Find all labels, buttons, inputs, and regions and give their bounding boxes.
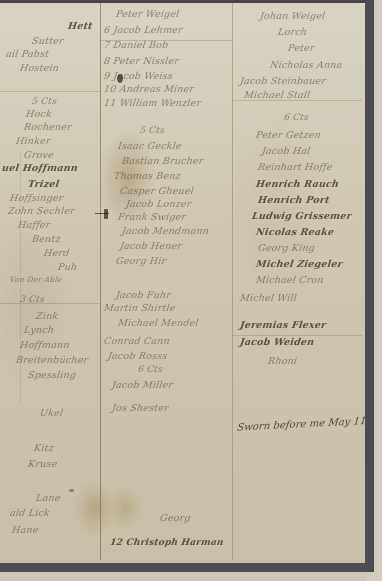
name-line: Breitenbücher — [15, 355, 89, 366]
name-line: Frank Swiger — [117, 212, 187, 223]
name-line: Jacob Hener — [119, 241, 183, 252]
name-line: Reinhart Hoffe — [257, 162, 333, 173]
name-line: Hett — [67, 21, 93, 32]
name-line: Michael Cron — [255, 275, 324, 286]
ink-blot — [69, 489, 74, 492]
name-line: Jacob Weiden — [239, 337, 315, 348]
name-line: 8 Peter Nissler — [103, 56, 180, 67]
name-line: Jacob Steinbauer — [239, 76, 326, 87]
column-rule-1 — [100, 3, 101, 560]
name-line: Bentz — [31, 234, 61, 245]
name-line: Georg Hir — [115, 256, 167, 267]
name-line: Ludwig Grissemer — [251, 211, 352, 222]
name-line: Nicolas Reake — [255, 227, 335, 238]
section-heading: 6 Cts — [137, 365, 163, 375]
name-line: Peter Weigel — [115, 9, 180, 20]
name-line: Haffer — [17, 220, 51, 231]
frame-right-edge — [365, 0, 374, 572]
name-line: Henrich Port — [257, 195, 330, 206]
name-line: Spessling — [27, 370, 77, 381]
name-line: Jacob Fuhr — [115, 290, 172, 301]
name-line: Jeremias Flexer — [239, 320, 327, 331]
name-line: Henrich Rauch — [255, 179, 340, 190]
name-line: Hinker — [15, 136, 51, 147]
name-line: Trizel — [27, 179, 60, 190]
name-line: Hoffmann — [19, 340, 70, 351]
name-line: 10 Andreas Miner — [103, 84, 195, 95]
name-line: Johan Weigel — [259, 11, 326, 22]
name-line: Peter Getzen — [255, 130, 321, 141]
name-line: Thomas Benz — [113, 171, 181, 182]
section-heading: 3 Cts — [19, 295, 45, 305]
name-line: Grove — [23, 150, 54, 161]
name-line: Ukel — [39, 408, 64, 419]
name-line: 12 Christoph Harman — [109, 538, 224, 548]
name-line: Michel Will — [239, 293, 297, 304]
name-line: Conrad Cann — [103, 336, 170, 347]
name-line: uel Hoffmann — [2, 163, 79, 174]
name-line: Hoffsinger — [9, 193, 64, 204]
section-heading: Van Der Able — [9, 275, 63, 284]
name-line: 11 William Wenzler — [103, 98, 202, 109]
name-line: Isaac Geckle — [117, 141, 182, 152]
ink-blot — [95, 213, 109, 214]
name-line: Bastian Brucher — [121, 156, 204, 167]
section-heading: 5 Cts — [31, 97, 57, 107]
name-line: Rhoni — [267, 356, 298, 367]
name-line: 9 Jacob Weiss — [103, 71, 173, 82]
name-line: Kruse — [27, 459, 58, 470]
name-line: Rochener — [23, 122, 72, 133]
section-heading: 5 Cts — [139, 126, 165, 136]
name-line: Georg — [159, 513, 191, 524]
name-line: Puh — [57, 262, 78, 273]
name-line: 7 Daniel Bob — [103, 40, 169, 51]
name-line: Nicholas Anna — [269, 60, 343, 71]
name-line: Lynch — [23, 325, 55, 336]
ink-blot — [104, 209, 108, 219]
names-column-left: Hett Sutter ail Pabst Hostein 5 Cts Hock… — [2, 3, 100, 560]
section-heading: 6 Cts — [283, 113, 309, 123]
name-line: Zink — [35, 311, 59, 322]
frame-bottom-edge — [0, 563, 374, 572]
name-line: Michel Ziegeler — [255, 259, 343, 270]
name-line: Casper Gheuel — [119, 186, 194, 197]
name-line: Hostein — [19, 63, 59, 74]
name-line: Jacob Lonzer — [125, 199, 192, 210]
name-line: Hane — [11, 525, 39, 536]
document-paper: Hett Sutter ail Pabst Hostein 5 Cts Hock… — [0, 3, 365, 563]
name-line: ail Pabst — [5, 49, 50, 60]
name-line: Martin Shirtle — [103, 303, 176, 314]
column-rule-2 — [232, 3, 233, 560]
name-line: Lorch — [277, 27, 308, 38]
name-line: 6 Jacob Lehmer — [103, 25, 183, 36]
name-line: ald Lick — [9, 508, 50, 519]
name-line: Hock — [25, 109, 52, 120]
name-line: Zohn Sechler — [7, 206, 75, 217]
name-line: Sutter — [31, 36, 64, 47]
name-line: Jos Shester — [111, 403, 169, 414]
name-line: Jacob Hal — [261, 146, 311, 157]
names-column-right: Johan Weigel Lorch Peter Nicholas Anna J… — [234, 3, 364, 560]
name-line: Peter — [287, 43, 315, 54]
ink-blot — [117, 74, 123, 83]
name-line: Kitz — [33, 443, 54, 454]
name-line: Georg King — [257, 243, 315, 254]
name-line: Lane — [35, 493, 61, 504]
name-line: Michael Stall — [243, 90, 311, 101]
name-line: Jacob Mendmann — [121, 226, 209, 237]
name-line: Michael Mendel — [117, 318, 199, 329]
names-column-middle: Peter Weigel 6 Jacob Lehmer 7 Daniel Bob… — [102, 3, 232, 560]
name-line: Herd — [43, 248, 70, 259]
name-line: Jacob Rosss — [107, 351, 168, 362]
frame-mat-bottom — [0, 572, 382, 581]
name-line: Jacob Miller — [111, 380, 174, 391]
